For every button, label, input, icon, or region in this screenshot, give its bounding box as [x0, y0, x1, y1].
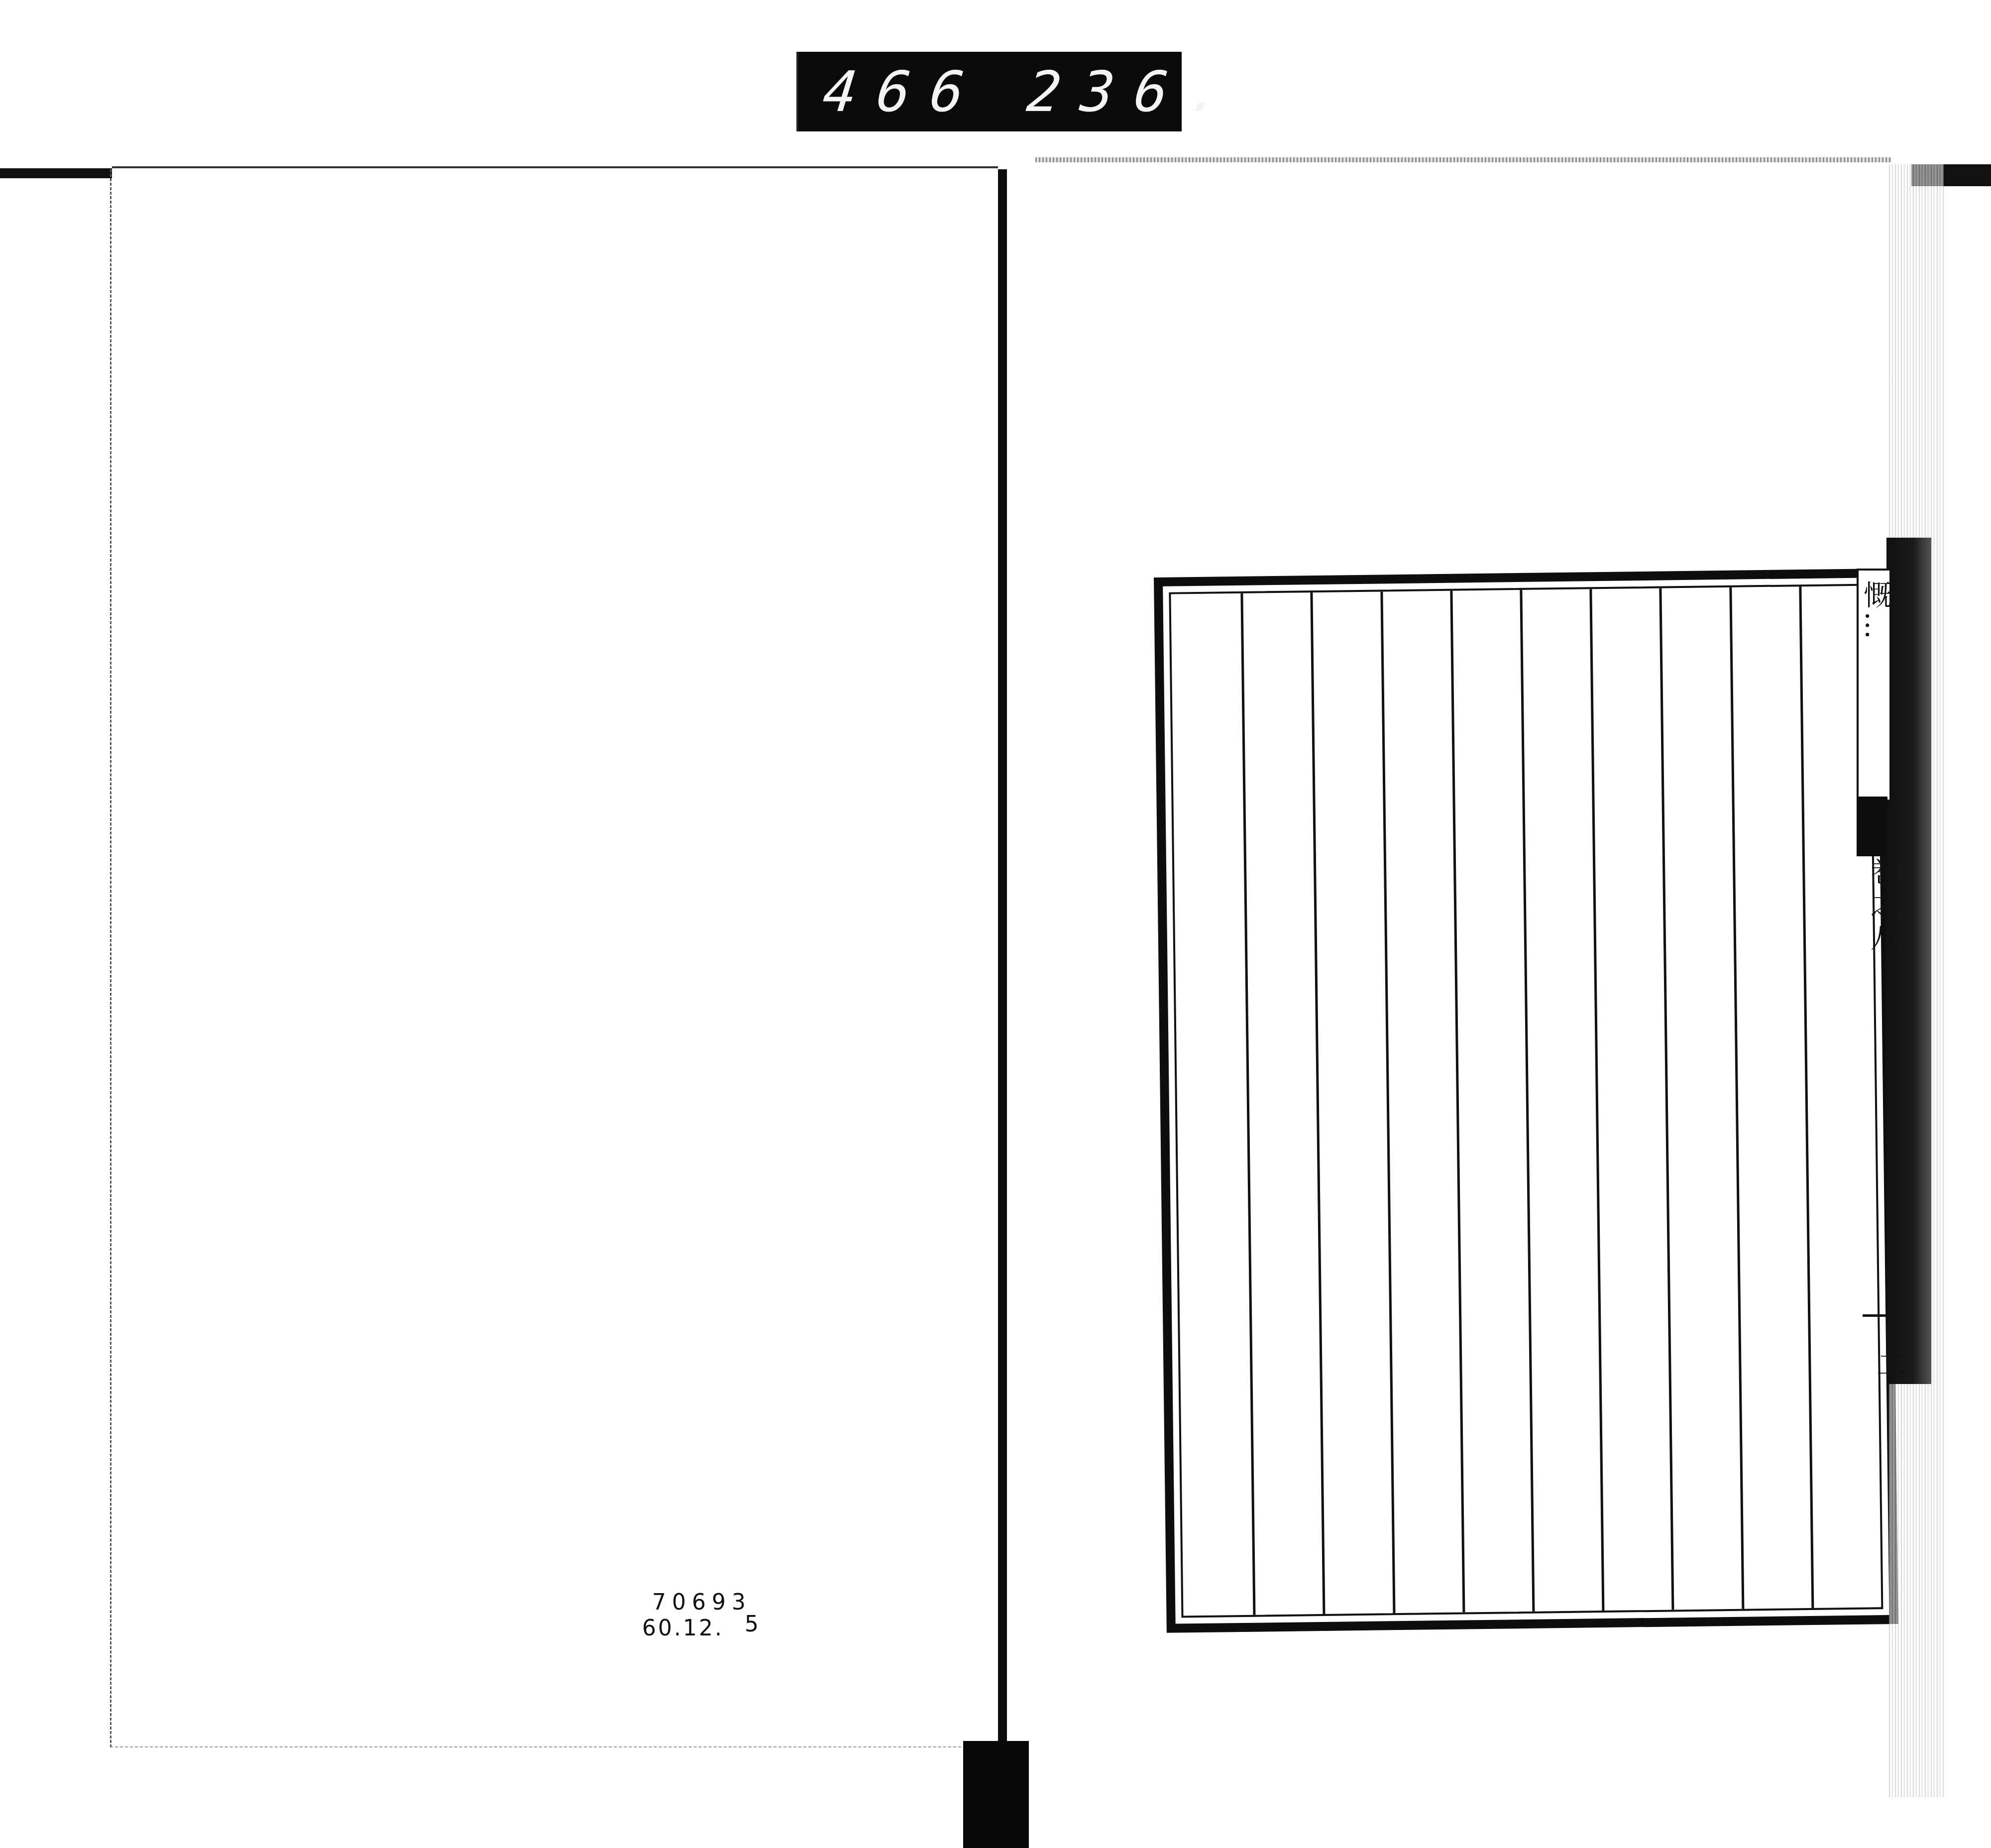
library-stamp: 70693 60.12. 5	[642, 1590, 762, 1641]
left-page-top-edge	[112, 166, 998, 168]
ruled-page-frame	[1154, 569, 1898, 1633]
column-rule	[1380, 591, 1395, 1613]
column-rule	[1520, 590, 1535, 1612]
column-rule	[1450, 591, 1465, 1613]
stamp-date-ym: 60.12.	[642, 1616, 724, 1641]
left-page	[110, 169, 996, 1747]
folio-number: 二	[1868, 1349, 1910, 1379]
column-rule	[1659, 588, 1674, 1610]
film-edge-bar-left	[0, 168, 112, 178]
title-cartouche: 慨…	[1857, 569, 1889, 802]
reel-number: 466	[820, 60, 987, 124]
frame-counter-label: 466 236.	[796, 52, 1182, 131]
center-fold-line	[998, 169, 1007, 1747]
ruled-inner-border	[1169, 583, 1883, 1617]
column-rule	[1311, 592, 1326, 1614]
fishtail-mark	[1857, 797, 1887, 856]
stamp-date: 60.12. 5	[642, 1616, 762, 1641]
column-rule	[1590, 589, 1605, 1611]
accession-number: 70693	[642, 1590, 762, 1616]
folio-divider	[1863, 1314, 1892, 1317]
column-rule	[1241, 593, 1256, 1615]
spine-title: 慨…	[1860, 580, 1890, 642]
stamp-date-day: 5	[745, 1612, 761, 1637]
right-page-top-edge	[1035, 157, 1891, 162]
spine-shadow	[1886, 538, 1931, 1384]
column-rule	[1799, 586, 1814, 1608]
frame-number: 236.	[1024, 60, 1244, 124]
fold-shadow-block	[963, 1741, 1029, 1848]
volume-label: 巻之八	[1862, 856, 1903, 955]
column-rule	[1729, 587, 1744, 1609]
